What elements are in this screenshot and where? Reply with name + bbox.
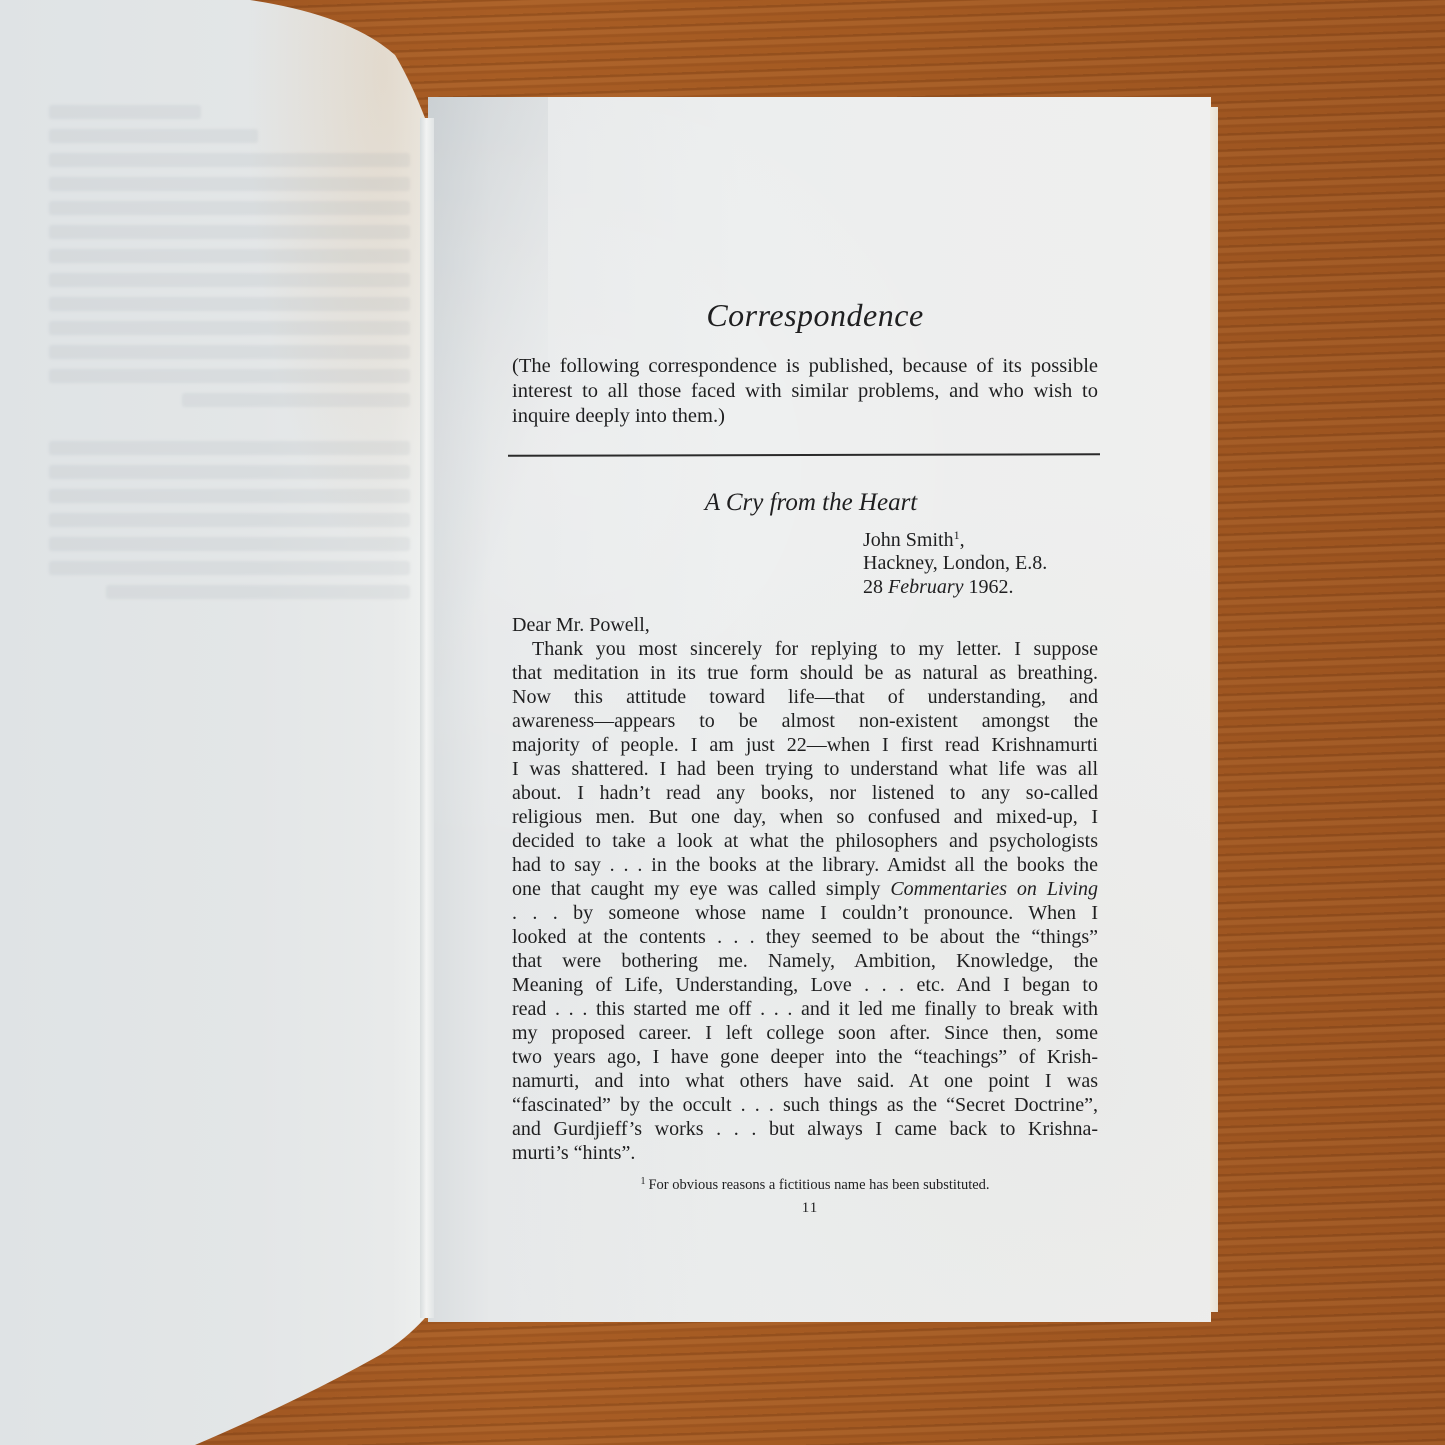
body-line: my proposed career. I left college soon …	[512, 1021, 1098, 1045]
body-line: Thank you most sincerely for replying to…	[512, 637, 1098, 661]
body-line: . . . by someone whose name I couldn’t p…	[512, 901, 1098, 925]
sender-address: Hackney, London, E.8.	[863, 552, 1098, 576]
letter-body: Thank you most sincerely for replying to…	[512, 637, 1098, 1165]
body-line: had to say . . . in the books at the lib…	[512, 853, 1098, 877]
body-line: that were bothering me. Namely, Ambition…	[512, 949, 1098, 973]
body-line: that meditation in its true form should …	[512, 661, 1098, 685]
sender-name-line: John Smith1,	[863, 529, 1098, 553]
chapter-title: Correspondence	[512, 297, 1098, 334]
salutation: Dear Mr. Powell,	[512, 613, 1098, 637]
body-line: religious men. But one day, when so conf…	[512, 805, 1098, 829]
body-line: looked at the contents . . . they seemed…	[512, 925, 1098, 949]
book-title: Commentaries on Living	[890, 878, 1098, 900]
body-line-text: one that caught my eye was called simply	[512, 878, 890, 900]
body-line: about. I hadn’t read any books, nor list…	[512, 781, 1098, 805]
sender-name: John Smith	[863, 529, 954, 551]
body-line: read . . . this started me off . . . and…	[512, 997, 1098, 1021]
book-gutter	[420, 118, 434, 1318]
date-year: 1962.	[969, 576, 1014, 598]
sender-block: John Smith1, Hackney, London, E.8. 28 Fe…	[863, 529, 1098, 600]
page-number: 11	[512, 1200, 1098, 1217]
body-line: majority of people. I am just 22—when I …	[512, 733, 1098, 757]
body-line: murti’s “hints”.	[512, 1141, 1098, 1165]
body-line: two years ago, I have gone deeper into t…	[512, 1045, 1098, 1069]
sender-name-comma: ,	[960, 529, 965, 551]
right-page: Correspondence (The following correspond…	[428, 97, 1210, 1322]
body-line: I was shattered. I had been trying to un…	[512, 757, 1098, 781]
body-line: namurti, and into what others have said.…	[512, 1069, 1098, 1093]
body-line: Meaning of Life, Understanding, Love . .…	[512, 973, 1098, 997]
letter-date: 28 February 1962.	[863, 576, 1098, 600]
footnote-text: For obvious reasons a fictitious name ha…	[648, 1177, 989, 1193]
left-page	[0, 0, 425, 1445]
body-line: decided to take a look at what the philo…	[512, 829, 1098, 853]
date-month: February	[888, 576, 964, 598]
date-day: 28	[863, 576, 883, 598]
letter-title: A Cry from the Heart	[512, 489, 1098, 517]
page-content: Correspondence (The following correspond…	[512, 297, 1098, 1217]
body-line: “fascinated” by the occult . . . such th…	[512, 1093, 1098, 1117]
horizontal-rule	[508, 453, 1100, 456]
body-line: and Gurdjieff’s works . . . but always I…	[512, 1117, 1098, 1141]
body-line: Now this attitude toward life—that of un…	[512, 685, 1098, 709]
body-line: awareness—appears to be almost non-exist…	[512, 709, 1098, 733]
footnote-number: 1	[640, 1176, 645, 1187]
intro-paragraph: (The following correspondence is publish…	[512, 354, 1098, 429]
footnote: 1For obvious reasons a fictitious name h…	[512, 1177, 1098, 1194]
body-line-with-title: one that caught my eye was called simply…	[512, 877, 1098, 901]
show-through-text	[30, 95, 410, 995]
